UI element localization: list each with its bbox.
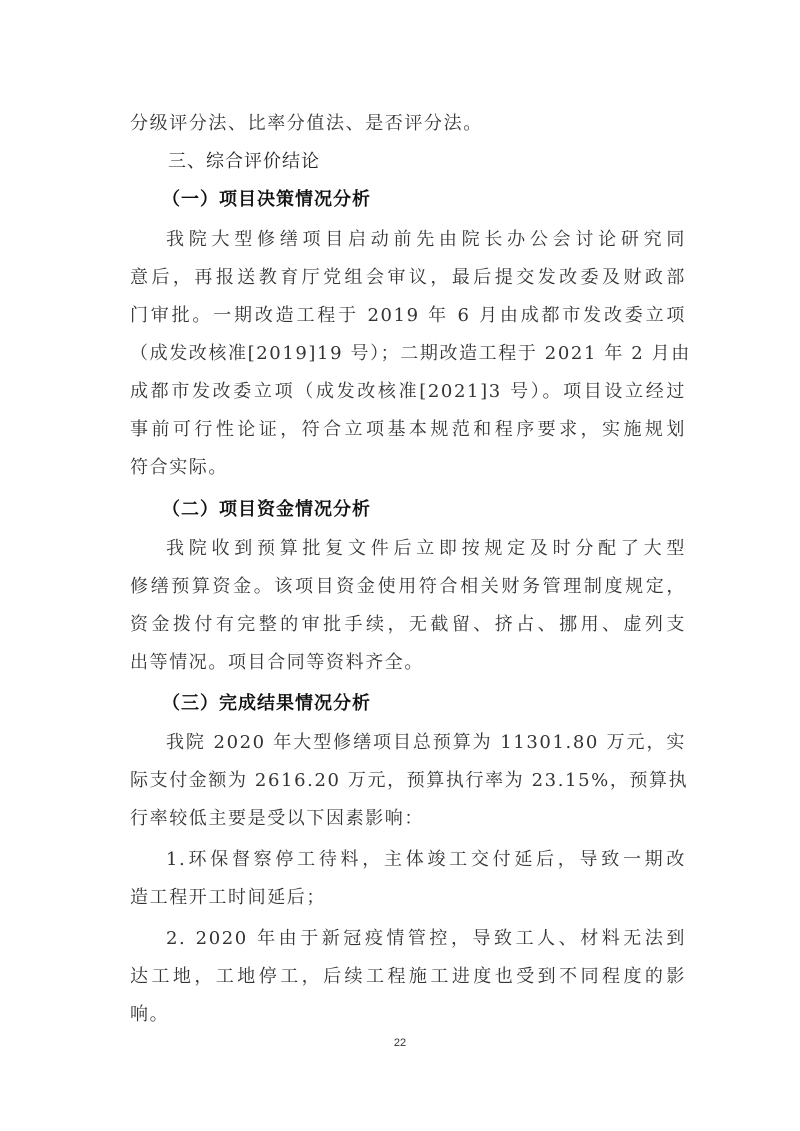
paragraph-line: 我院收到预算批复文件后立即按规定及时分配了大型 — [166, 537, 686, 561]
subsection-heading-results: （三）完成结果情况分析 — [162, 692, 371, 716]
paragraph-line: 我院大型修缮项目启动前先由院长办公会讨论研究同 — [166, 228, 686, 252]
paragraph-line: 分级评分法、比率分值法、是否评分法。 — [130, 112, 686, 136]
paragraph-line: 门审批。一期改造工程于 2019 年 6 月由成都市发改委立项 — [130, 304, 686, 328]
list-item-line: 达工地，工地停工，后续工程施工进度也受到不同程度的影 — [130, 965, 686, 989]
subsection-heading-decision: （一）项目决策情况分析 — [162, 188, 371, 212]
page-number: 22 — [0, 1037, 800, 1049]
paragraph-line: （成发改核准[2019]19 号）；二期改造工程于 2021 年 2 月由 — [130, 342, 686, 366]
paragraph-line: 符合实际。 — [130, 456, 686, 480]
paragraph-line: 事前可行性论证，符合立项基本规范和程序要求，实施规划 — [130, 418, 686, 442]
paragraph-line: 意后，再报送教育厅党组会审议，最后提交发改委及财政部 — [130, 266, 686, 290]
list-item-line: 造工程开工时间延后； — [130, 886, 686, 910]
paragraph-line: 出等情况。项目合同等资料齐全。 — [130, 651, 686, 675]
paragraph-line: 行率较低主要是受以下因素影响： — [130, 807, 686, 831]
paragraph-line: 成都市发改委立项（成发改核准[2021]3 号）。项目设立经过 — [130, 380, 686, 404]
paragraph-line: 修缮预算资金。该项目资金使用符合相关财务管理制度规定， — [130, 575, 686, 599]
section-heading: 三、综合评价结论 — [168, 150, 320, 174]
paragraph-line: 际支付金额为 2616.20 万元，预算执行率为 23.15%，预算执 — [130, 769, 686, 793]
document-page: 分级评分法、比率分值法、是否评分法。 三、综合评价结论 （一）项目决策情况分析 … — [0, 0, 800, 1131]
list-item-line: 2. 2020 年由于新冠疫情管控，导致工人、材料无法到 — [166, 927, 686, 951]
subsection-heading-funds: （二）项目资金情况分析 — [162, 498, 371, 522]
paragraph-line: 资金拨付有完整的审批手续，无截留、挤占、挪用、虚列支 — [130, 613, 686, 637]
paragraph-line: 我院 2020 年大型修缮项目总预算为 11301.80 万元，实 — [166, 731, 686, 755]
list-item-line: 1.环保督察停工待料，主体竣工交付延后，导致一期改 — [166, 848, 686, 872]
list-item-line: 响。 — [130, 1003, 686, 1027]
